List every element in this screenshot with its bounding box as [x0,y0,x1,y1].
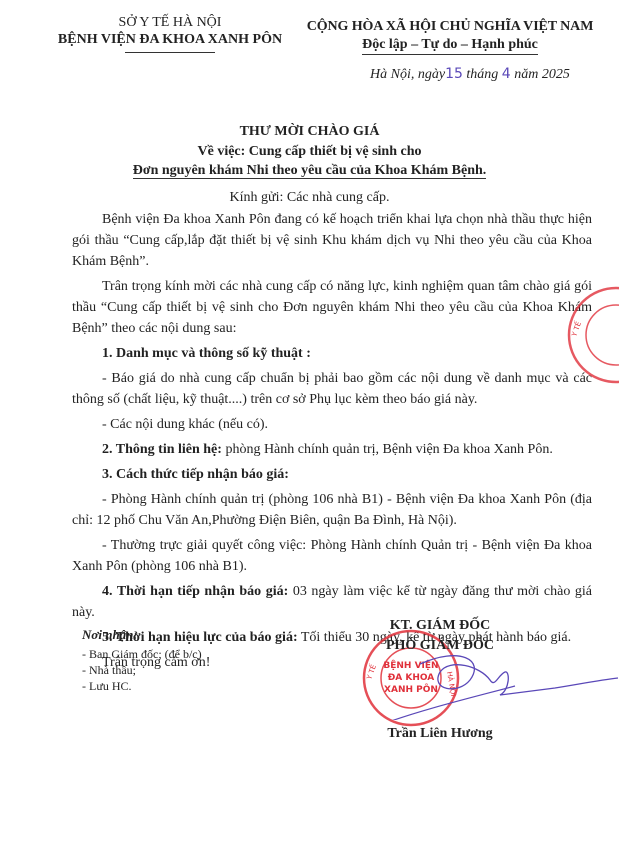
date-prefix: Hà Nội, ngày [370,67,445,82]
date-year: năm 2025 [514,67,570,82]
section-3-heading: 3. Cách thức tiếp nhận báo giá: [72,464,592,485]
intro-paragraph: Bệnh viện Đa khoa Xanh Pôn đang có kế ho… [72,209,592,272]
date-month: 4 [502,66,511,82]
national-header: CỘNG HÒA XÃ HỘI CHỦ NGHĨA VIỆT NAM Độc l… [295,18,605,55]
section-3-item-1: - Phòng Hành chính quản trị (phòng 106 n… [72,489,592,531]
hospital-name: BỆNH VIỆN ĐA KHOA XANH PÔN [40,31,300,48]
recipients-block: Nơi nhận: - Ban Giám đốc; (để b/c) - Nhà… [82,627,202,694]
signatory-title-1: KT. GIÁM ĐỐC [365,618,515,634]
section-1-item-1: - Báo giá do nhà cung cấp chuẩn bị phải … [72,368,592,410]
handwritten-signature [380,650,619,720]
document-title: THƯ MỜI CHÀO GIÁ [0,123,619,141]
section-4-heading: 4. Thời hạn tiếp nhận báo giá: [102,584,288,599]
department-name: SỞ Y TẾ HÀ NỘI [40,14,300,31]
section-4: 4. Thời hạn tiếp nhận báo giá: 03 ngày l… [72,581,592,623]
recipient-item: - Nhà thầu; [82,662,202,678]
signatory-name: Trần Liên Hương [365,726,515,742]
subject-line-1: Về việc: Cung cấp thiết bị vệ sinh cho [0,143,619,161]
document-date: Hà Nội, ngày15 tháng 4 năm 2025 [370,66,570,83]
section-1-heading: 1. Danh mục và thông số kỹ thuật : [72,343,592,364]
recipient-item: - Ban Giám đốc; (để b/c) [82,646,202,662]
date-day: 15 [445,66,463,82]
recipients-label: Nơi nhận: [82,627,202,643]
section-2: 2. Thông tin liên hệ: phòng Hành chính q… [72,439,592,460]
section-2-text: phòng Hành chính quản trị, Bệnh viện Đa … [222,442,553,457]
subject-line-2: Đơn nguyên khám Nhi theo yêu cầu của Kho… [0,162,619,180]
section-2-heading: 2. Thông tin liên hệ: [102,442,222,457]
date-month-label: tháng [466,67,498,82]
country-slogan: Độc lập – Tự do – Hạnh phúc [362,36,538,55]
greeting: Kính gửi: Các nhà cung cấp. [0,190,619,206]
partial-seal-stamp: Y TẾ [566,285,619,385]
recipient-item: - Lưu HC. [82,678,202,694]
country-motto: CỘNG HÒA XÃ HỘI CHỦ NGHĨA VIỆT NAM [295,18,605,35]
section-3-item-2: - Thường trực giải quyết công việc: Phòn… [72,535,592,577]
invitation-paragraph: Trân trọng kính mời các nhà cung cấp có … [72,276,592,339]
section-1-item-2: - Các nội dung khác (nếu có). [72,414,592,435]
subject-line-2-text: Đơn nguyên khám Nhi theo yêu cầu của Kho… [133,163,487,179]
issuer-header: SỞ Y TẾ HÀ NỘI BỆNH VIỆN ĐA KHOA XANH PÔ… [40,14,300,53]
letter-body: Bệnh viện Đa khoa Xanh Pôn đang có kế ho… [72,209,592,677]
header-divider [125,52,215,53]
